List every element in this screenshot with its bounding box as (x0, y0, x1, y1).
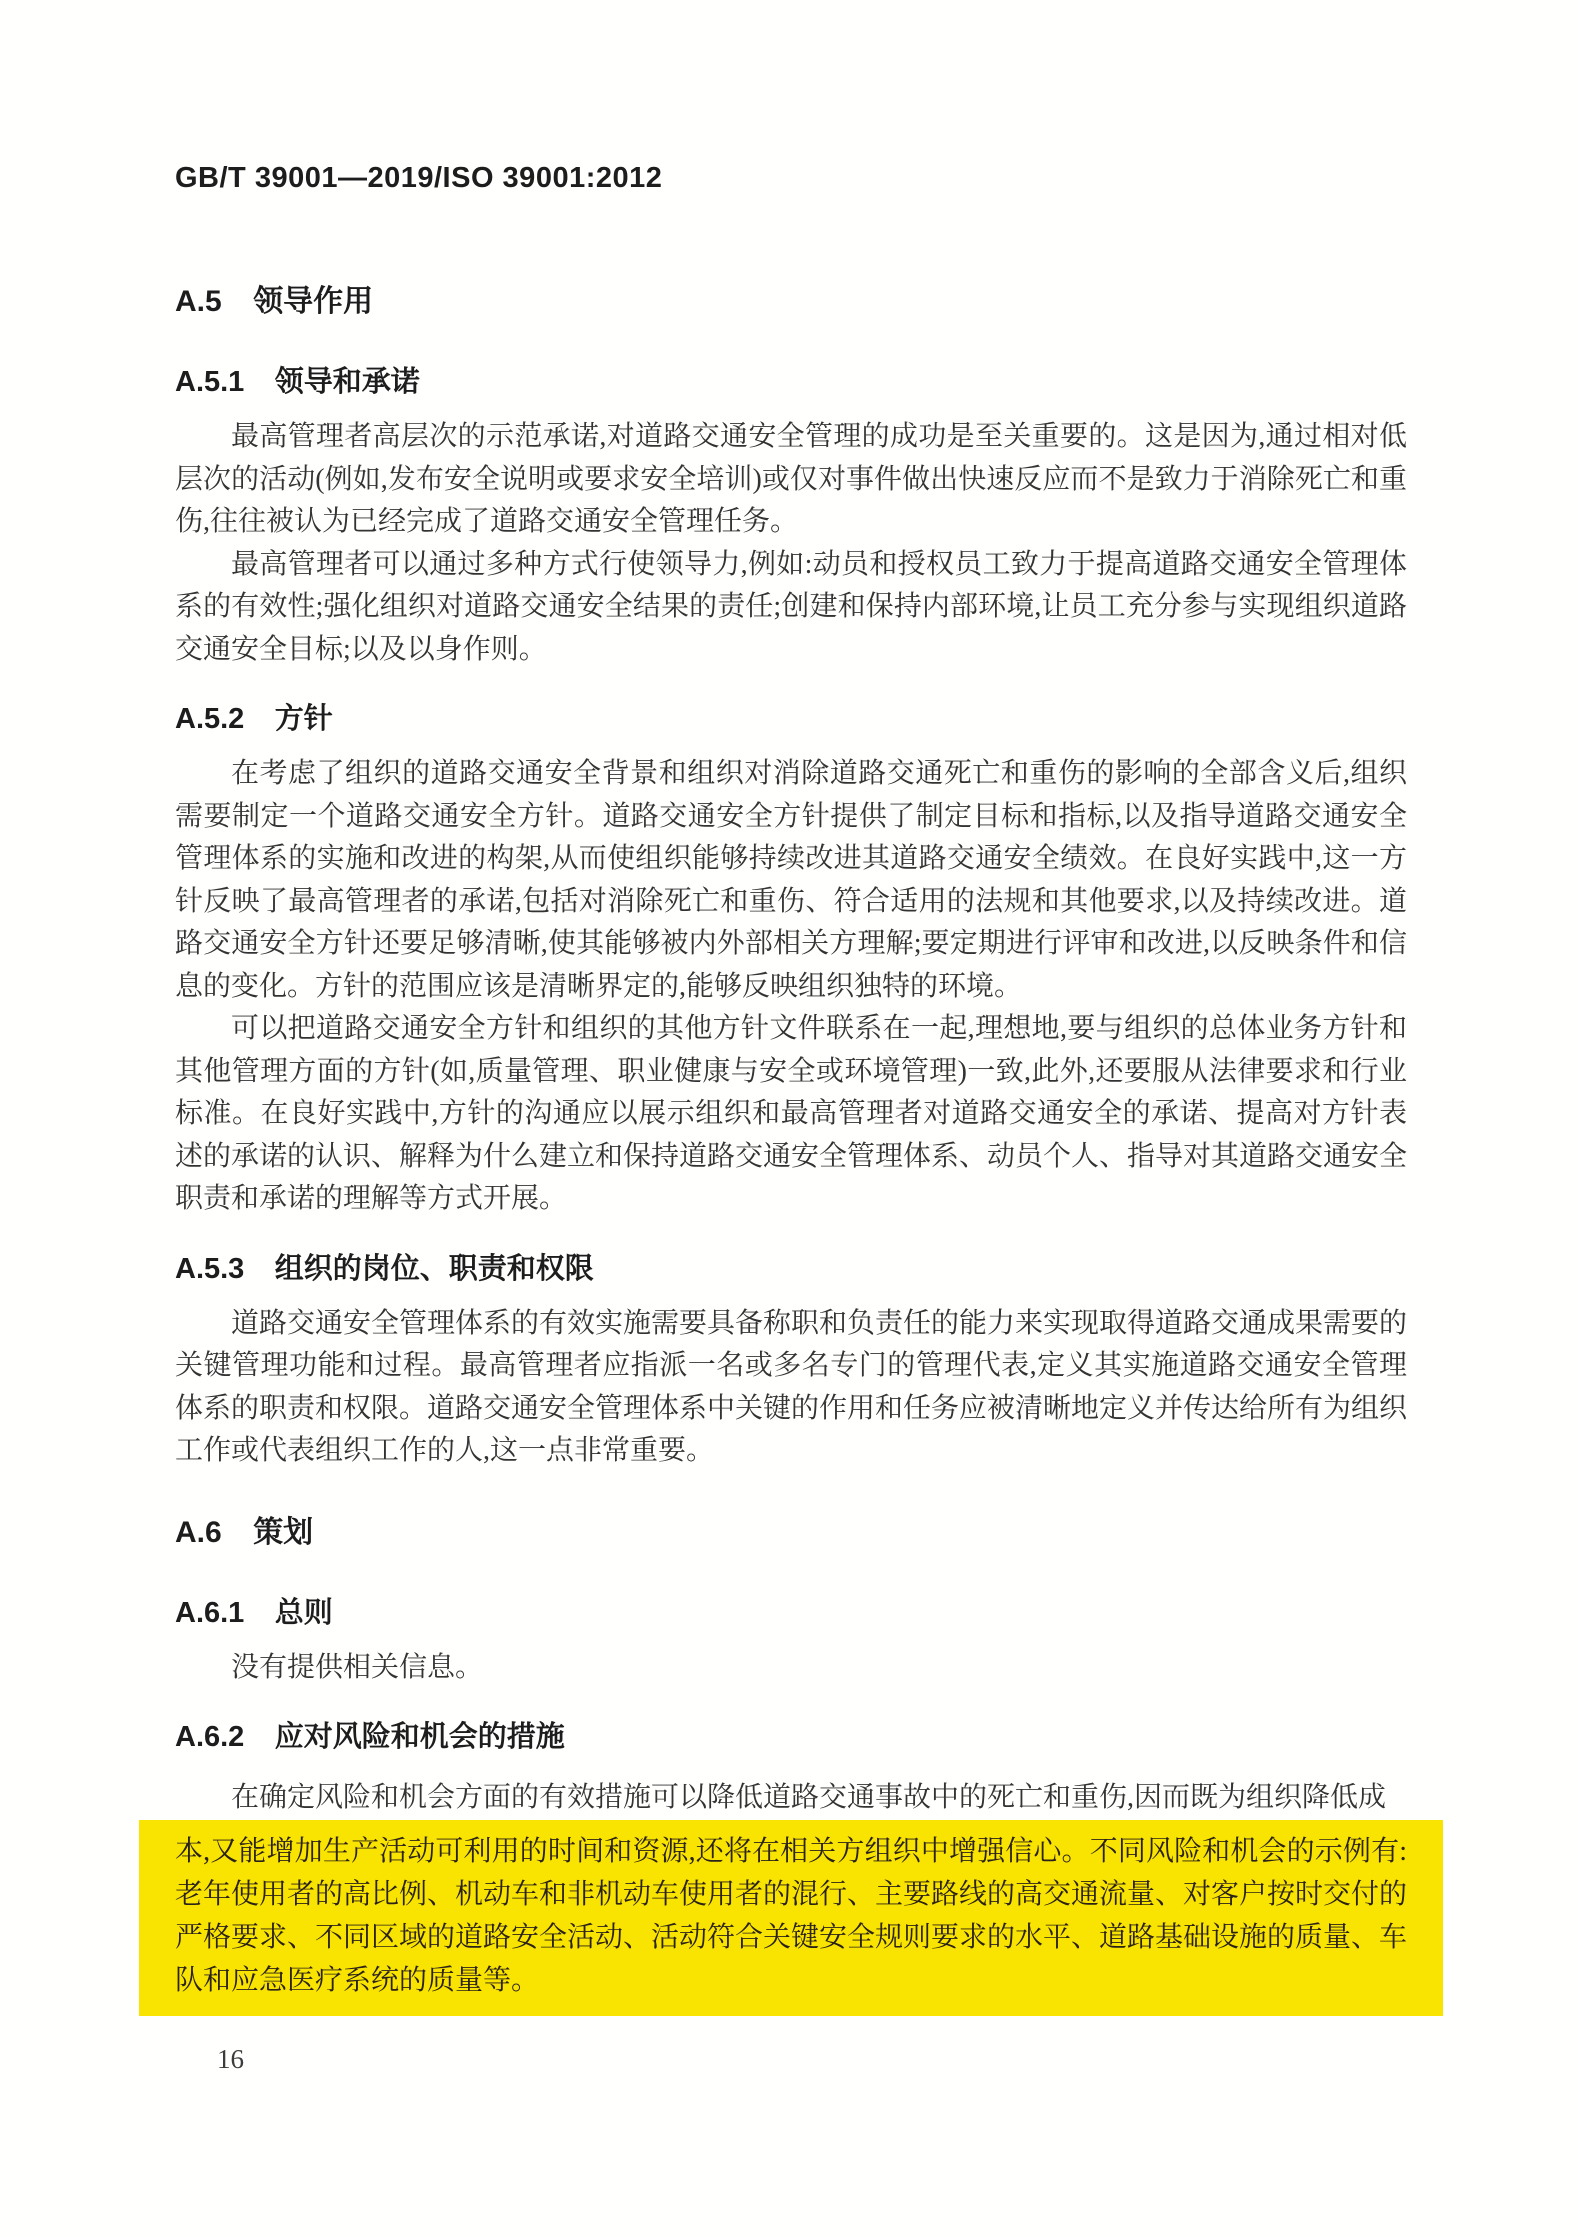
paragraph: 在考虑了组织的道路交通安全背景和组织对消除道路交通死亡和重伤的影响的全部含义后,… (175, 753, 1407, 1008)
heading-number: A.5.1 (175, 364, 244, 400)
heading-number: A.5 (175, 284, 222, 320)
section-heading-a61: A.6.1总则 (175, 1595, 1407, 1631)
heading-number: A.5.2 (175, 701, 244, 737)
paragraph: 没有提供相关信息。 (175, 1647, 1407, 1690)
section-heading-a51: A.5.1领导和承诺 (175, 364, 1407, 400)
paragraph: 道路交通安全管理体系的有效实施需要具备称职和负责任的能力来实现取得道路交通成果需… (175, 1303, 1407, 1473)
highlighted-text-block: 本,又能增加生产活动可利用的时间和资源,还将在相关方组织中增强信心。不同风险和机… (139, 1820, 1443, 2016)
heading-title: 方针 (275, 703, 333, 735)
document-page: GB/T 39001—2019/ISO 39001:2012 A.5领导作用 A… (0, 0, 1582, 2238)
paragraph-lead-line: 在确定风险和机会方面的有效措施可以降低道路交通事故中的死亡和重伤,因而既为组织降… (175, 1777, 1407, 1820)
section-heading-a5: A.5领导作用 (175, 284, 1407, 320)
section-heading-a53: A.5.3组织的岗位、职责和权限 (175, 1251, 1407, 1287)
paragraph: 最高管理者可以通过多种方式行使领导力,例如:动员和授权员工致力于提高道路交通安全… (175, 544, 1407, 672)
paragraph: 最高管理者高层次的示范承诺,对道路交通安全管理的成功是至关重要的。这是因为,通过… (175, 416, 1407, 544)
section-heading-a6: A.6策划 (175, 1515, 1407, 1551)
heading-number: A.6.2 (175, 1719, 244, 1755)
heading-title: 领导和承诺 (275, 366, 420, 398)
standard-code-header: GB/T 39001—2019/ISO 39001:2012 (175, 160, 1407, 196)
paragraph: 可以把道路交通安全方针和组织的其他方针文件联系在一起,理想地,要与组织的总体业务… (175, 1008, 1407, 1221)
section-heading-a52: A.5.2方针 (175, 701, 1407, 737)
heading-number: A.6.1 (175, 1595, 244, 1631)
heading-title: 领导作用 (253, 285, 373, 318)
heading-title: 组织的岗位、职责和权限 (275, 1253, 594, 1285)
heading-title: 总则 (275, 1597, 333, 1629)
heading-number: A.5.3 (175, 1251, 244, 1287)
section-heading-a62: A.6.2应对风险和机会的措施 (175, 1719, 1407, 1755)
heading-number: A.6 (175, 1515, 222, 1551)
heading-title: 策划 (253, 1516, 313, 1549)
page-number: 16 (217, 2044, 1407, 2075)
heading-title: 应对风险和机会的措施 (275, 1721, 565, 1753)
